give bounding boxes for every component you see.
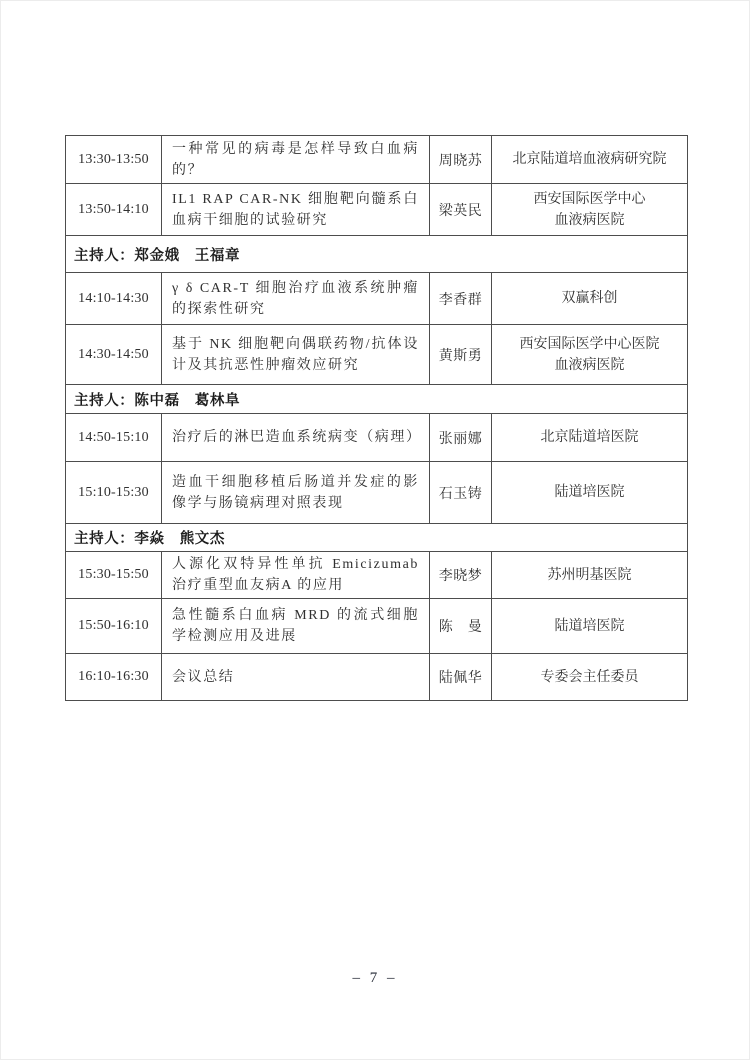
org-line-1: 西安国际医学中心医院 (520, 334, 660, 355)
org-line-1: 北京陆道培血液病研究院 (513, 149, 667, 170)
session-time: 13:30-13:50 (66, 136, 161, 183)
session-organization: 北京陆道培医院 (491, 414, 687, 461)
document-page: 13:30-13:50 一种常见的病毒是怎样导致白血病的？ 周晓苏 北京陆道培血… (0, 0, 750, 1060)
session-title: 会议总结 (161, 654, 429, 700)
moderator-label: 主持人：郑金娥 王福章 (74, 244, 240, 265)
session-speaker: 陆佩华 (429, 654, 491, 700)
moderator-label: 主持人：陈中磊 葛林阜 (74, 389, 240, 410)
table-row: 14:10-14:30 γ δ CAR-T 细胞治疗血液系统肿瘤的探索性研究 李… (66, 272, 687, 324)
org-line-2: 血液病医院 (555, 355, 625, 376)
session-speaker: 梁英民 (429, 184, 491, 235)
session-time: 15:30-15:50 (66, 552, 161, 598)
org-line-1: 专委会主任委员 (541, 667, 639, 688)
session-title: 造血干细胞移植后肠道并发症的影像学与肠镜病理对照表现 (161, 462, 429, 523)
session-title: 基于 NK 细胞靶向偶联药物/抗体设计及其抗恶性肿瘤效应研究 (161, 325, 429, 384)
session-organization: 陆道培医院 (491, 599, 687, 653)
table-row: 13:30-13:50 一种常见的病毒是怎样导致白血病的？ 周晓苏 北京陆道培血… (66, 136, 687, 183)
session-organization: 苏州明基医院 (491, 552, 687, 598)
session-speaker: 石玉铸 (429, 462, 491, 523)
table-row: 15:30-15:50 人源化双特异性单抗 Emicizumab 治疗重型血友病… (66, 551, 687, 598)
page-number: – 7 – (0, 970, 750, 987)
session-title: 人源化双特异性单抗 Emicizumab 治疗重型血友病A 的应用 (161, 552, 429, 598)
org-line-1: 双赢科创 (562, 288, 618, 309)
moderator-label: 主持人：李焱 熊文杰 (74, 527, 225, 548)
session-organization: 陆道培医院 (491, 462, 687, 523)
table-row: 13:50-14:10 IL1 RAP CAR-NK 细胞靶向髓系白血病干细胞的… (66, 183, 687, 235)
org-line-1: 苏州明基医院 (548, 565, 632, 586)
session-speaker: 周晓苏 (429, 136, 491, 183)
moderator-row: 主持人：郑金娥 王福章 (66, 235, 687, 272)
session-title: IL1 RAP CAR-NK 细胞靶向髓系白血病干细胞的试验研究 (161, 184, 429, 235)
session-title: 治疗后的淋巴造血系统病变（病理） (161, 414, 429, 461)
session-title: γ δ CAR-T 细胞治疗血液系统肿瘤的探索性研究 (161, 273, 429, 324)
session-time: 14:10-14:30 (66, 273, 161, 324)
session-speaker: 张丽娜 (429, 414, 491, 461)
session-title: 一种常见的病毒是怎样导致白血病的？ (161, 136, 429, 183)
org-line-1: 北京陆道培医院 (541, 427, 639, 448)
session-time: 14:30-14:50 (66, 325, 161, 384)
session-time: 15:10-15:30 (66, 462, 161, 523)
session-title: 急性髓系白血病 MRD 的流式细胞学检测应用及进展 (161, 599, 429, 653)
session-time: 14:50-15:10 (66, 414, 161, 461)
org-line-1: 西安国际医学中心 (534, 189, 646, 210)
session-time: 13:50-14:10 (66, 184, 161, 235)
table-row: 15:50-16:10 急性髓系白血病 MRD 的流式细胞学检测应用及进展 陈 … (66, 598, 687, 653)
session-time: 16:10-16:30 (66, 654, 161, 700)
agenda-table: 13:30-13:50 一种常见的病毒是怎样导致白血病的？ 周晓苏 北京陆道培血… (65, 135, 688, 701)
table-row: 15:10-15:30 造血干细胞移植后肠道并发症的影像学与肠镜病理对照表现 石… (66, 461, 687, 523)
session-organization: 专委会主任委员 (491, 654, 687, 700)
session-organization: 西安国际医学中心 血液病医院 (491, 184, 687, 235)
table-row: 14:50-15:10 治疗后的淋巴造血系统病变（病理） 张丽娜 北京陆道培医院 (66, 413, 687, 461)
session-speaker: 李晓梦 (429, 552, 491, 598)
session-speaker: 李香群 (429, 273, 491, 324)
session-organization: 双赢科创 (491, 273, 687, 324)
session-time: 15:50-16:10 (66, 599, 161, 653)
session-organization: 西安国际医学中心医院 血液病医院 (491, 325, 687, 384)
org-line-2: 血液病医院 (555, 210, 625, 231)
org-line-1: 陆道培医院 (555, 616, 625, 637)
table-row: 16:10-16:30 会议总结 陆佩华 专委会主任委员 (66, 653, 687, 700)
table-row: 14:30-14:50 基于 NK 细胞靶向偶联药物/抗体设计及其抗恶性肿瘤效应… (66, 324, 687, 384)
session-organization: 北京陆道培血液病研究院 (491, 136, 687, 183)
moderator-row: 主持人：陈中磊 葛林阜 (66, 384, 687, 413)
session-speaker: 陈 曼 (429, 599, 491, 653)
org-line-1: 陆道培医院 (555, 482, 625, 503)
moderator-row: 主持人：李焱 熊文杰 (66, 523, 687, 551)
session-speaker: 黄斯勇 (429, 325, 491, 384)
